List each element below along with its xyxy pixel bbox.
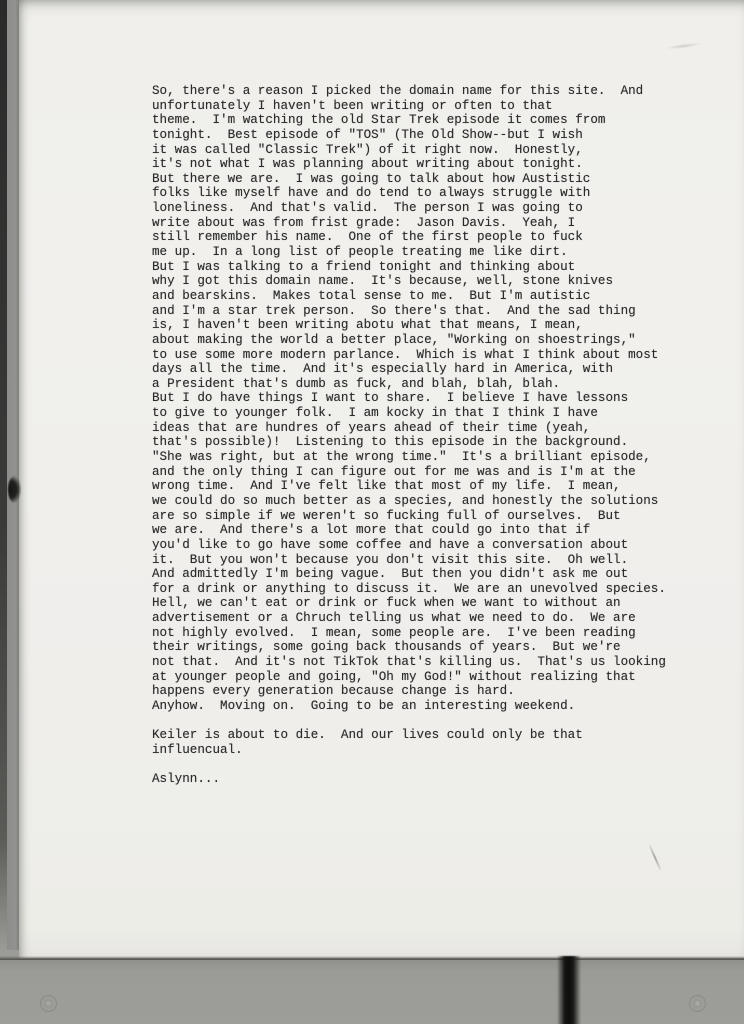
typewritten-line: loneliness. And that's valid. The person… — [152, 201, 666, 216]
typewritten-line: But I do have things I want to share. I … — [152, 391, 666, 406]
typewritten-line: you'd like to go have some coffee and ha… — [152, 538, 666, 553]
typewritten-line: it's not what I was planning about writi… — [152, 157, 666, 172]
scanner-seam-line — [557, 956, 581, 1024]
typewritten-line: Keiler is about to die. And our lives co… — [152, 728, 666, 743]
typewritten-line: are so simple if we weren't so fucking f… — [152, 509, 666, 524]
typewritten-line: Aslynn... — [152, 772, 666, 787]
typewritten-line: a President that's dumb as fuck, and bla… — [152, 377, 666, 392]
scratch-mark — [649, 845, 662, 870]
typewritten-line: it was called "Classic Trek") of it righ… — [152, 143, 666, 158]
typewritten-line: So, there's a reason I picked the domain… — [152, 84, 666, 99]
typewritten-line: theme. I'm watching the old Star Trek ep… — [152, 113, 666, 128]
typewritten-line: and bearskins. Makes total sense to me. … — [152, 289, 666, 304]
scanner-bed-left — [7, 0, 19, 950]
typewritten-line: me up. In a long list of people treating… — [152, 245, 666, 260]
typewritten-line: Hell, we can't eat or drink or fuck when… — [152, 596, 666, 611]
typewritten-line: it. But you won't because you don't visi… — [152, 553, 666, 568]
typewritten-line: to use some more modern parlance. Which … — [152, 348, 666, 363]
typewritten-line: advertisement or a Chruch telling us wha… — [152, 611, 666, 626]
typewritten-line: tonight. Best episode of "TOS" (The Old … — [152, 128, 666, 143]
typewritten-line: "She was right, but at the wrong time." … — [152, 450, 666, 465]
typewritten-line: for a drink or anything to discuss it. W… — [152, 582, 666, 597]
typewritten-line: Anyhow. Moving on. Going to be an intere… — [152, 699, 666, 714]
typewritten-line: influencual. — [152, 743, 666, 758]
paper-smudge — [667, 42, 701, 51]
typewritten-line: that's possible)! Listening to this epis… — [152, 435, 666, 450]
typewritten-line: still remember his name. One of the firs… — [152, 230, 666, 245]
typewritten-line: about making the world a better place, "… — [152, 333, 666, 348]
typewritten-line: we could do so much better as a species,… — [152, 494, 666, 509]
typewritten-line: wrong time. And I've felt like that most… — [152, 479, 666, 494]
typewritten-line: But I was talking to a friend tonight an… — [152, 260, 666, 275]
scanner-bed-bottom — [0, 960, 744, 1024]
typewritten-line: days all the time. And it's especially h… — [152, 362, 666, 377]
typewritten-line: not that. And it's not TikTok that's kil… — [152, 655, 666, 670]
typewritten-line: folks like myself have and do tend to al… — [152, 186, 666, 201]
scanner-edge-strip — [0, 0, 7, 952]
typewritten-line — [152, 714, 666, 729]
typewritten-line: to give to younger folk. I am kocky in t… — [152, 406, 666, 421]
scanner-hole-right-icon — [689, 995, 706, 1012]
scanned-document: So, there's a reason I picked the domain… — [0, 0, 744, 1024]
typewritten-line — [152, 757, 666, 772]
scanner-hole-left-icon — [40, 995, 57, 1012]
typewritten-line: write about was from frist grade: Jason … — [152, 216, 666, 231]
typewritten-line: and I'm a star trek person. So there's t… — [152, 304, 666, 319]
typewritten-line: ideas that are hundres of years ahead of… — [152, 421, 666, 436]
typewritten-line: we are. And there's a lot more that coul… — [152, 523, 666, 538]
typewritten-line: and the only thing I can figure out for … — [152, 465, 666, 480]
typewritten-line: not highly evolved. I mean, some people … — [152, 626, 666, 641]
typewritten-line: But there we are. I was going to talk ab… — [152, 172, 666, 187]
typewritten-line: their writings, some going back thousand… — [152, 640, 666, 655]
typewritten-line: unfortunately I haven't been writing or … — [152, 99, 666, 114]
typewritten-line: why I got this domain name. It's because… — [152, 274, 666, 289]
binder-notch — [8, 476, 21, 503]
typewritten-text: So, there's a reason I picked the domain… — [152, 84, 666, 787]
scanned-page: So, there's a reason I picked the domain… — [19, 0, 744, 958]
typewritten-line: at younger people and going, "Oh my God!… — [152, 670, 666, 685]
typewritten-line: And admittedly I'm being vague. But then… — [152, 567, 666, 582]
typewritten-line: is, I haven't been writing abotu what th… — [152, 318, 666, 333]
typewritten-line: happens every generation because change … — [152, 684, 666, 699]
